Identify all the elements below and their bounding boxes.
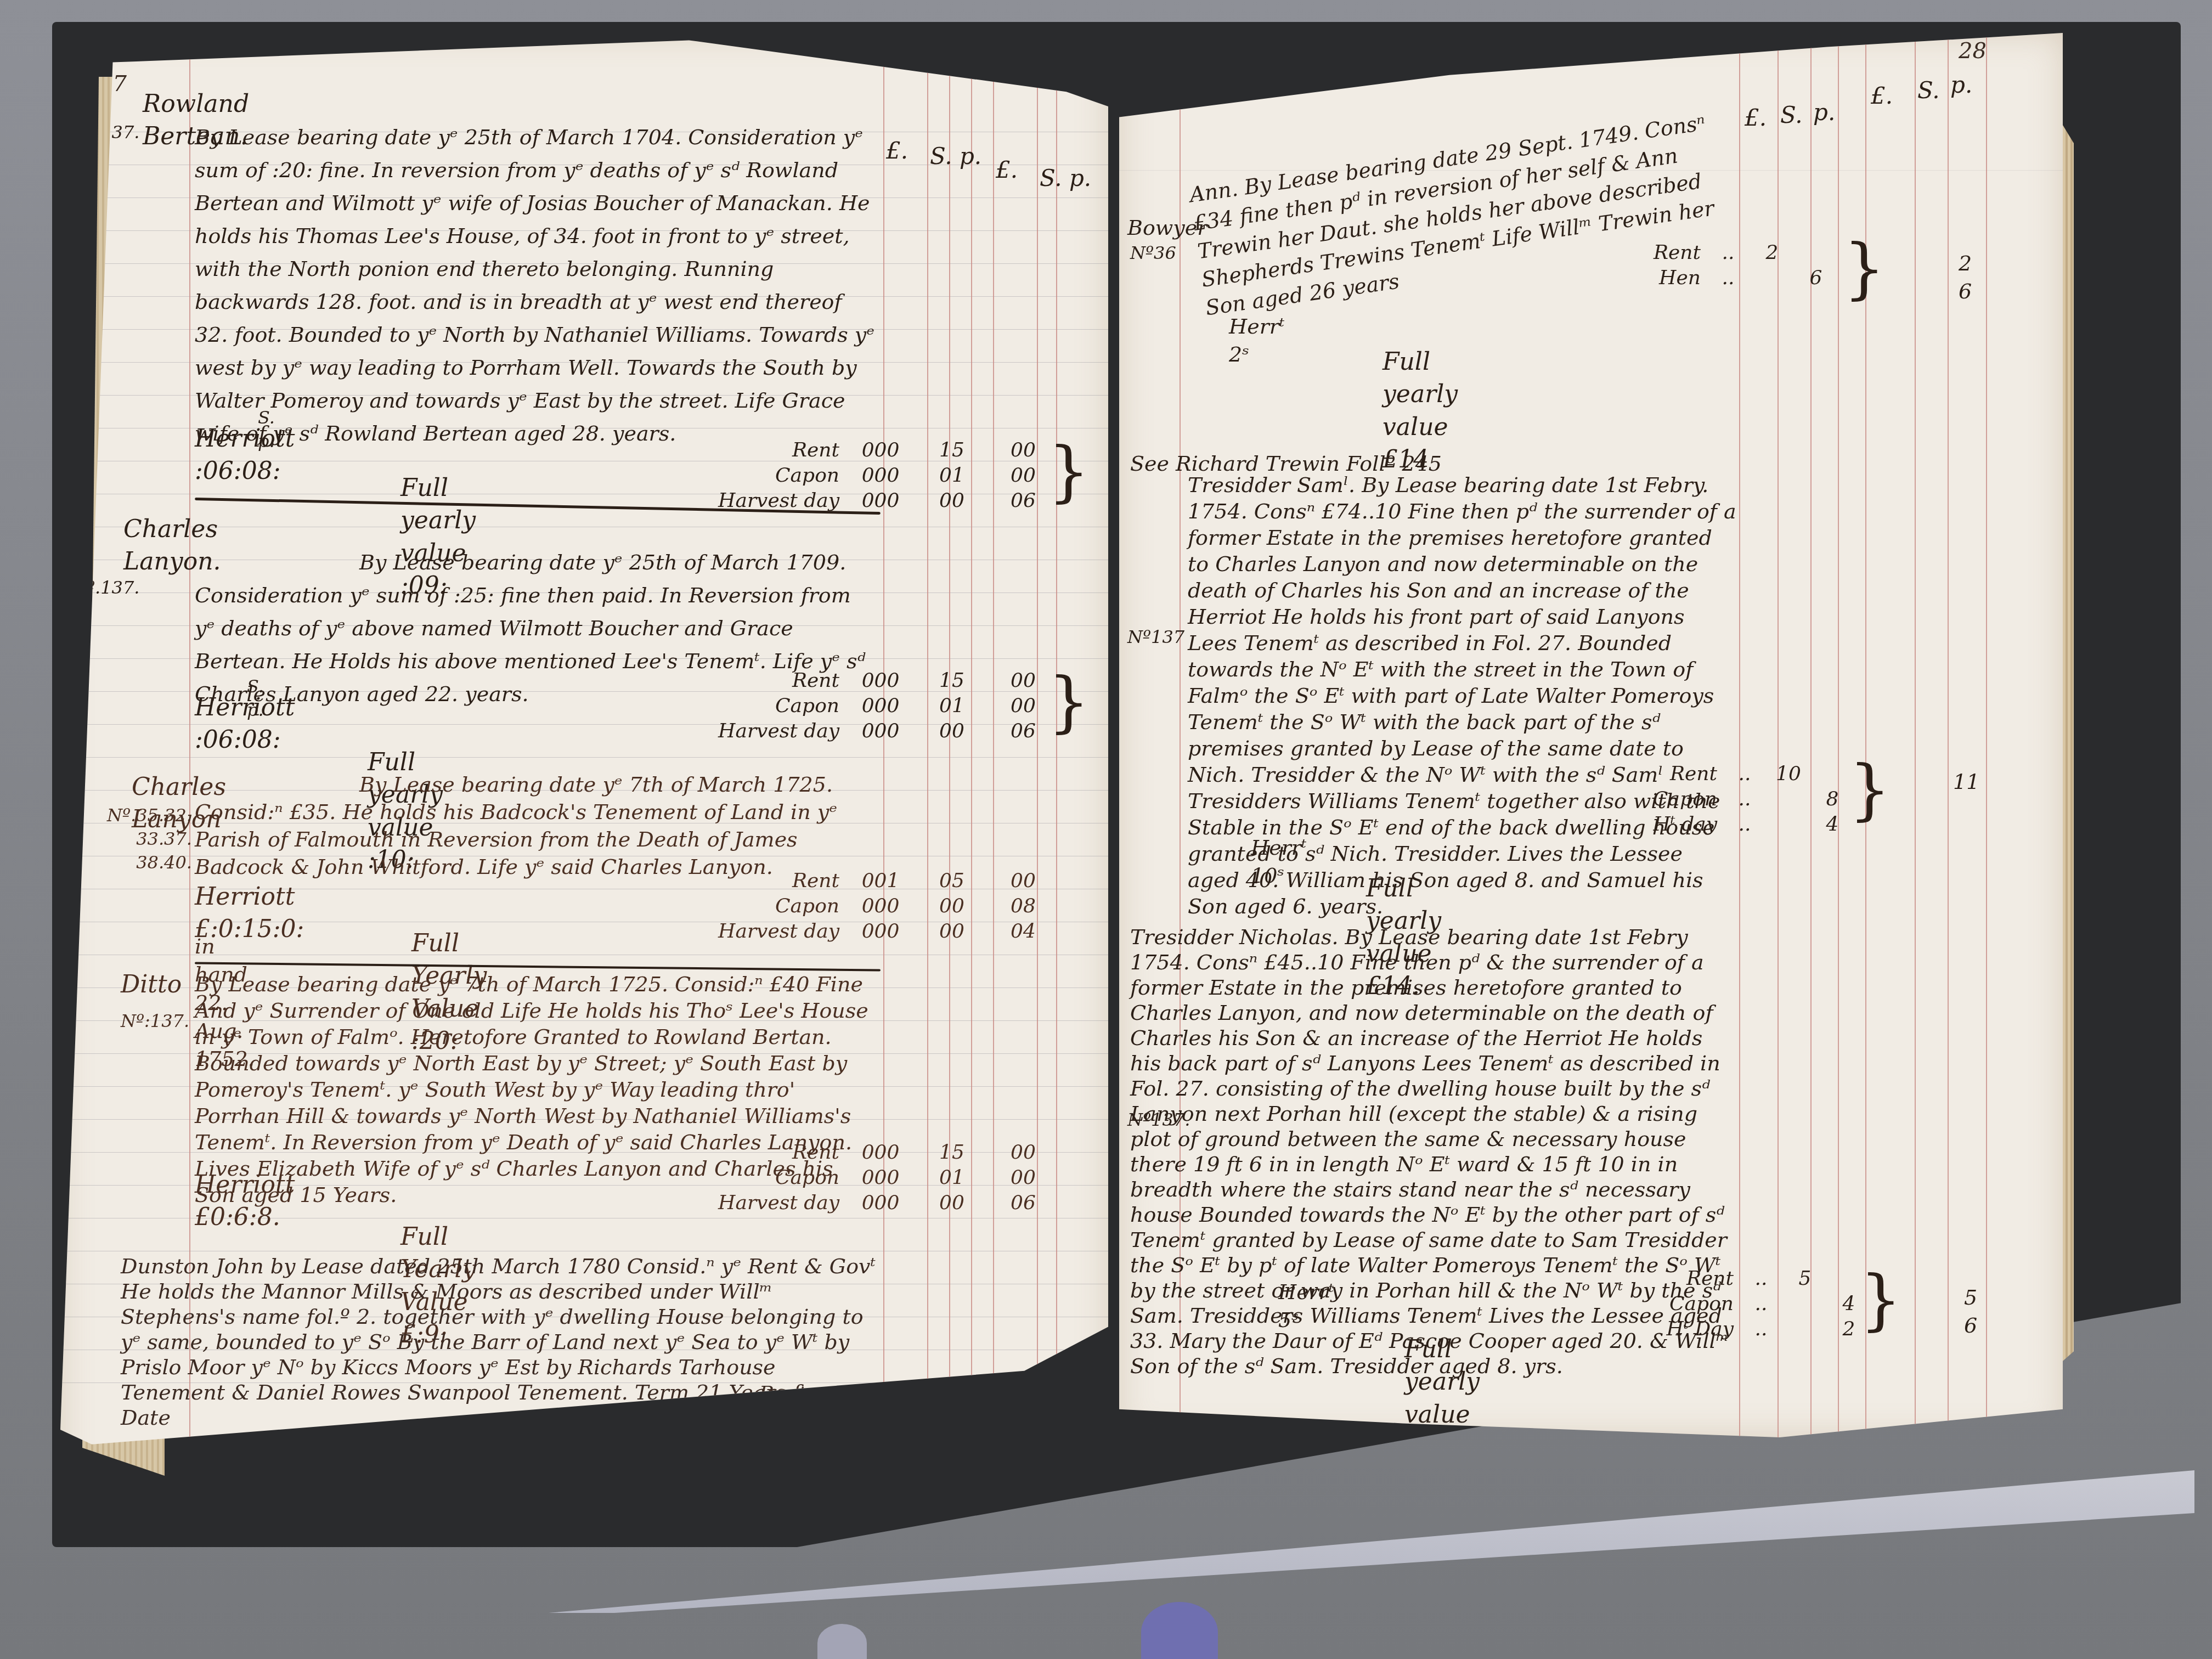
shoe-tip [817,1624,867,1659]
charge-row: Capon0000100 [636,695,1053,720]
entry-divider [195,962,881,971]
lease-text: Dunston John by Lease dated 25th March 1… [121,1254,878,1430]
column-heading-pence: p. [1813,99,1835,126]
charge-row: Rent..10 [1629,763,1849,788]
charges-table: Rent..5 Capon..4 Hᵗ Day..2 [1646,1267,1865,1343]
charge-row: Rent0001500 [636,1141,1053,1166]
charges-table: Rent..2 Hen..6 [1558,241,1832,292]
right-page: 28 £. S. p. £. S. p. Bowyer Nº36 Ann. By… [1119,33,2063,1437]
charge-row: Rent0010500 [636,870,1053,895]
charge-row: Interest for £703 10 [532,1408,949,1433]
charge-row: Hᵗ Day..2 [1646,1318,1865,1343]
column-heading-pounds: £. [1745,104,1767,131]
column-heading-pounds-2: £. [996,156,1018,183]
brace-bracket: } [1048,433,1090,510]
herriott-amount: Herrᵗ 2ˢ [1229,313,1284,369]
charge-row: Capon0000100 [636,1166,1053,1192]
herriott-amount: Herrᵗ 5ˢ [1278,1278,1334,1335]
charge-row: Capon..8 [1629,788,1849,813]
column-heading-shillings: S. [1780,101,1803,128]
herriott-amount: Herriott £0:6:8. [195,1169,295,1234]
brace-bracket: } [1860,1262,1901,1338]
total-amount: 2 6 [1959,250,1972,306]
yearly-value-label: Yearly Value [384,1448,459,1514]
charge-row: Rent..2 [1558,241,1832,267]
margin-reference: Nº137 [1127,625,1184,649]
charge-row: Hen..6 [1558,267,1832,292]
charge-row: Harvest day0000006 [636,720,1053,745]
charges-table: Rent0010500 Capon0000008 Harvest day0000… [636,870,1053,945]
left-page: 27 £. S. p. £. S. p. Rowland Bertean. Nº… [60,33,1108,1503]
tenant-name: Bowyer [1127,214,1180,242]
margin-reference: Nº.137. [71,576,187,600]
herriott-amount: Herriott :06:08: [195,422,295,488]
charge-row: Harvest day0000006 [636,1192,1053,1217]
shoe-tip [1141,1602,1218,1659]
herriott-amount: Herrᵗ 10ˢ [1251,834,1306,890]
brace-bracket: } [1048,664,1090,740]
column-heading-shillings-pence-2: S. p. [1040,165,1091,191]
charges-table: Rent6 Interest for £703 10 [532,1383,949,1433]
charge-row: Rent0001500 [636,669,1053,695]
charges-table: Rent0001500 Capon0000100 Harvest day0000… [636,1141,1053,1217]
charge-row: Hᵗ day..4 [1629,813,1849,838]
margin-reference: Nº.137. [71,121,187,144]
herriott-amount: Herriott :06:08: [195,691,295,757]
charges-table: Rent0001500 Capon0000100 Harvest day0000… [636,669,1053,745]
column-heading-shillings-pence: S. p. [930,143,981,170]
brace-bracket: } [1849,752,1891,828]
charge-row: Capon..4 [1646,1293,1865,1318]
charges-table: Rent..10 Capon..8 Hᵗ day..4 [1629,763,1849,838]
charge-row: Rent..5 [1646,1267,1865,1293]
charge-row: Rent6 [532,1383,949,1408]
charges-table: Rent0001500 Capon0000100 Harvest day0000… [636,439,1053,515]
lease-text: By Lease bearing date yᵉ 25th of March 1… [195,121,875,450]
brace-bracket: } [1843,230,1885,307]
full-yearly-value: Full yearly value £7. [1404,1333,1480,1464]
tenant-name: Tresidder Nicholas. [1130,925,1338,949]
column-heading-shillings-2: S. [1917,77,1940,104]
column-heading-pounds-2: £. [1871,82,1893,109]
charge-row: Harvest day0000004 [636,920,1053,945]
total-amount: 9 10 [949,1402,975,1458]
column-heading-pence-2: p. [1950,71,1972,98]
margin-reference: Nº36 [1130,241,1176,265]
tenant-name: Tresidder Samˡ. [1188,473,1355,497]
column-heading-pounds: £. [886,137,908,164]
charge-row: Rent0001500 [636,439,1053,464]
tenant-name: Ditto [121,968,182,1001]
lease-text: By Lease bearing date yᵉ 7th of March 17… [195,771,875,881]
charge-row: Capon0000008 [636,895,1053,920]
folio-number: 28 [1959,38,1987,64]
charge-row: Capon0000100 [636,464,1053,489]
margin-reference: Nº:137. [121,1009,187,1033]
open-ledger-book: 27 £. S. p. £. S. p. Rowland Bertean. Nº… [60,33,2063,1514]
total-amount: 11 [1953,768,1979,796]
margin-reference: Nº.35.32. 33.37. 38.40. [77,804,192,875]
tenant-name: Dunston John [121,1254,264,1278]
total-amount: 5 6 [1964,1284,1977,1340]
